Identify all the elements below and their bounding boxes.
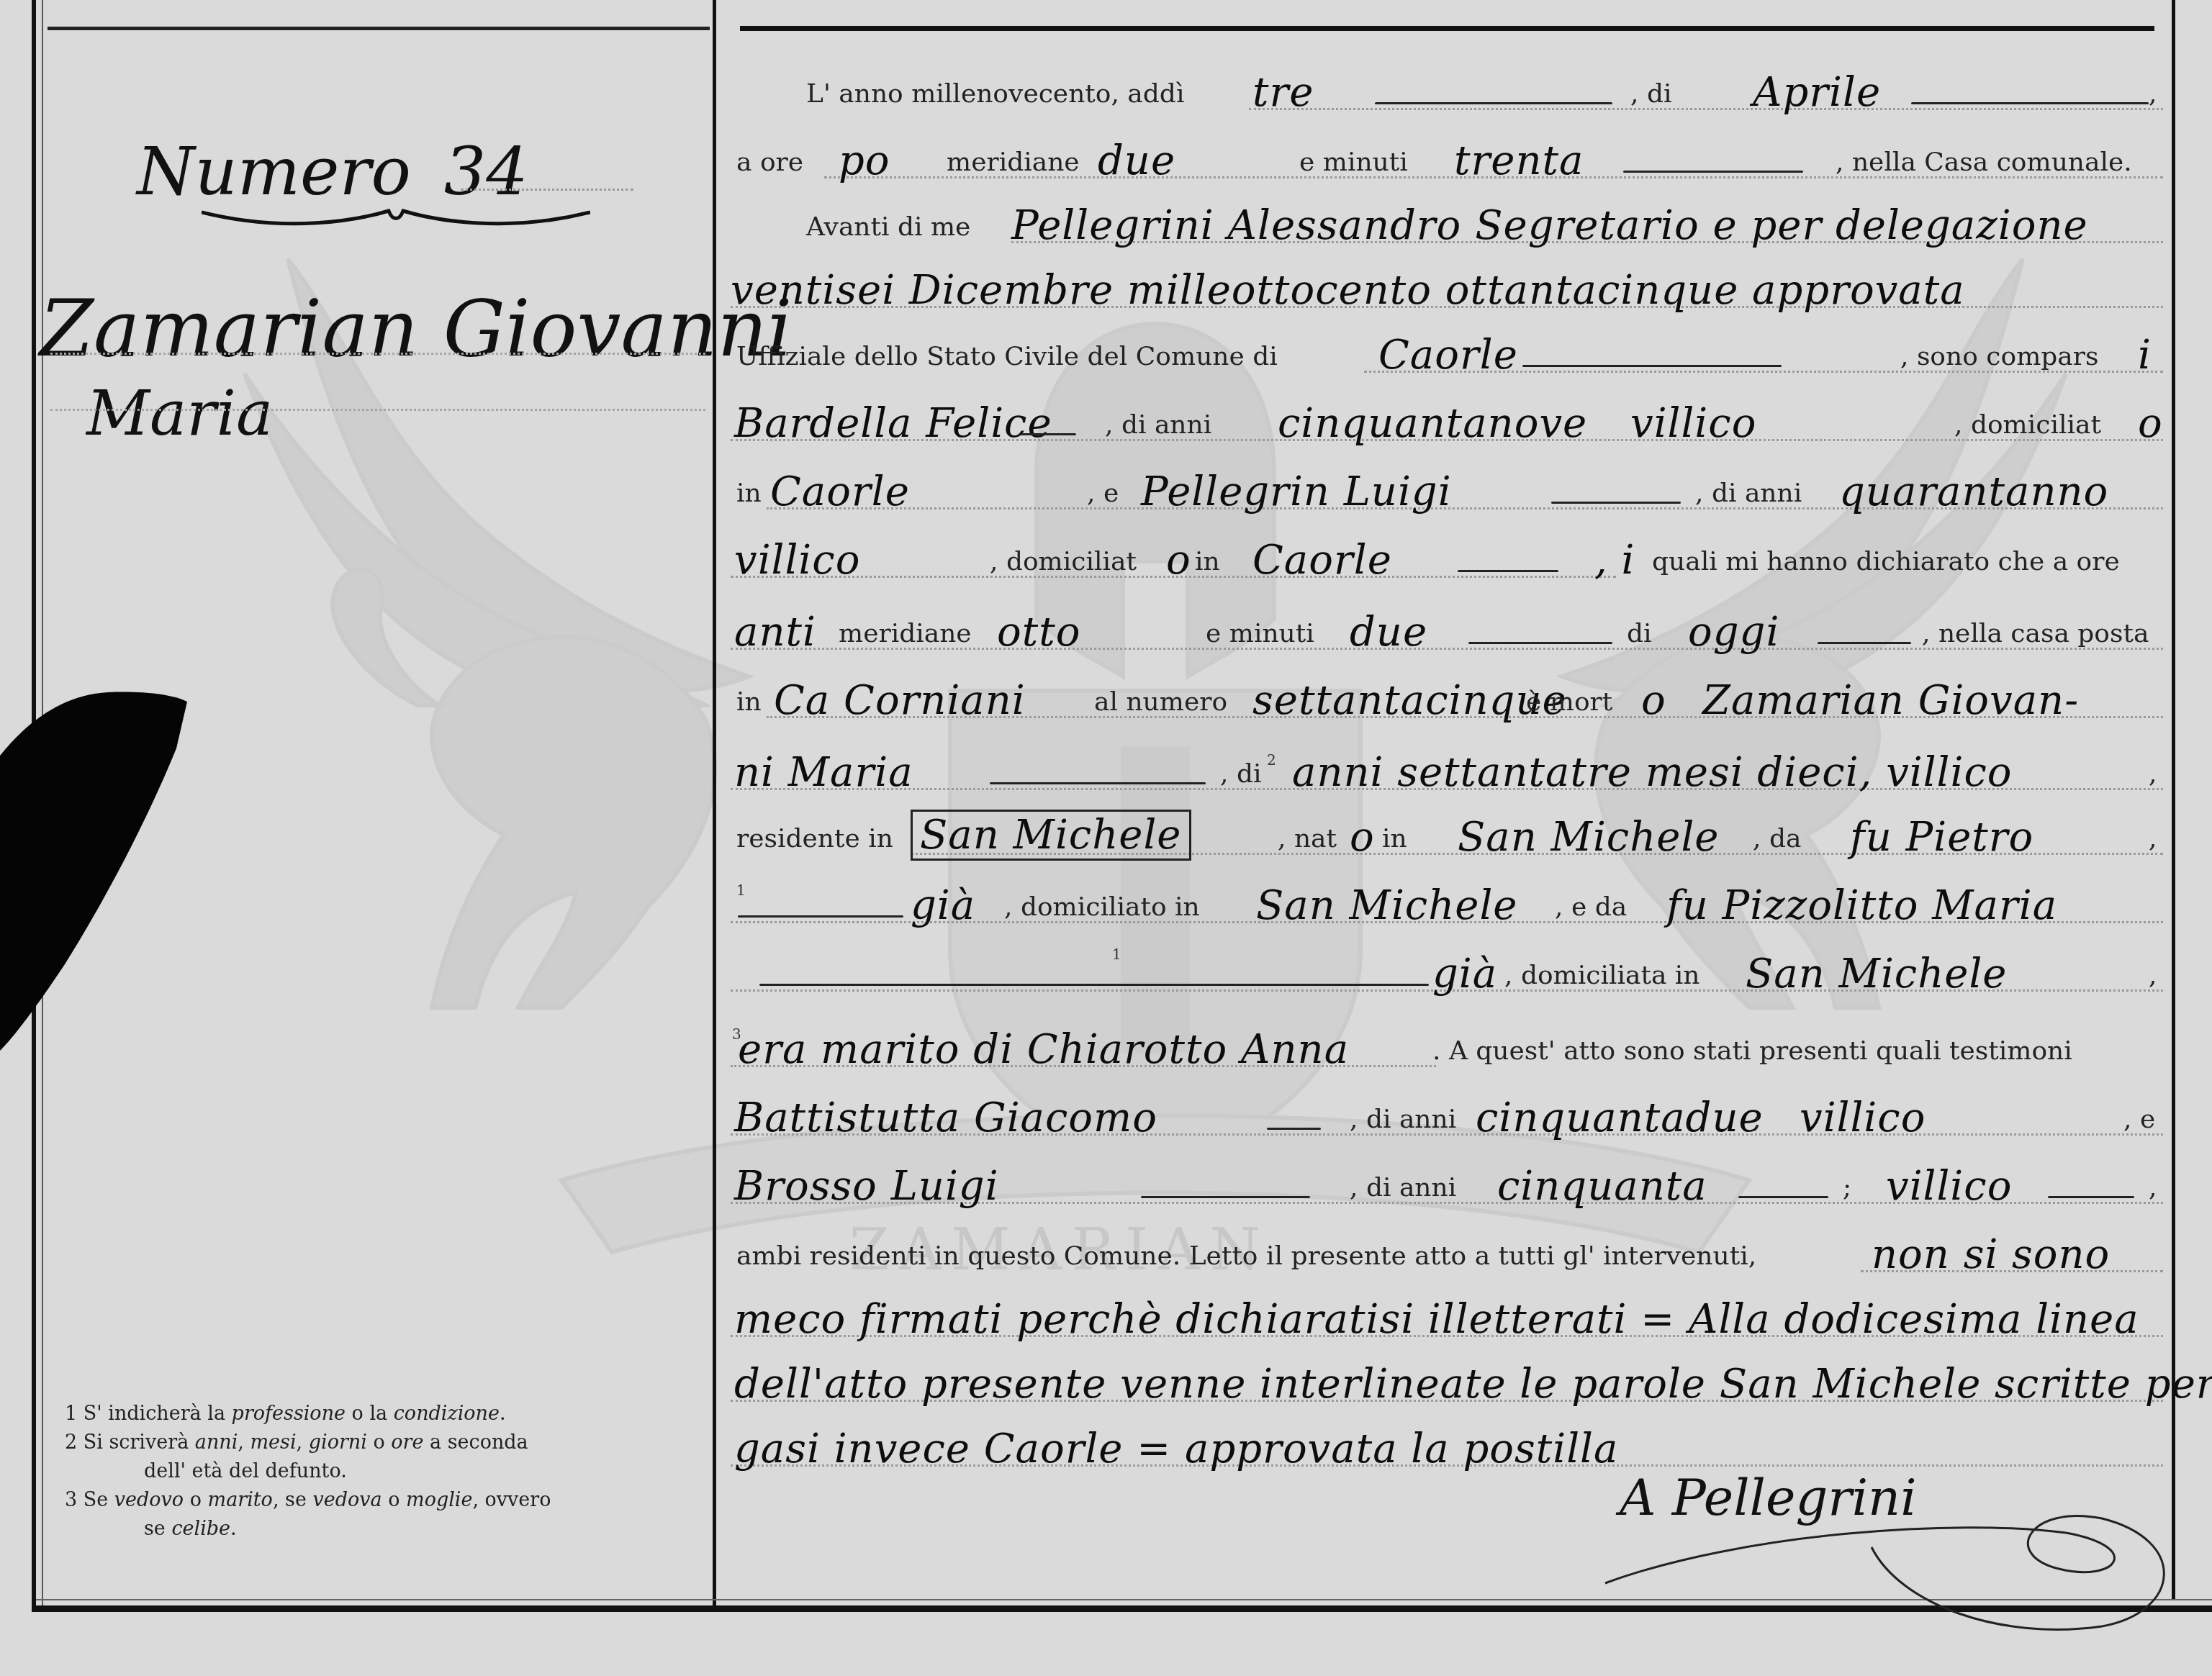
- field-witness1-name: Bardella Felice: [734, 400, 1052, 447]
- field-deceased-name: Zamarian Giovan-: [1702, 677, 2079, 724]
- record-line-testimone1: Battistutta Giacomo , di anni cinquantad…: [731, 1087, 2163, 1151]
- right-border: [2172, 0, 2175, 1599]
- field-witness1-occupation: villico: [1630, 400, 1756, 447]
- field-marital-status: era marito di Chiarotto Anna: [738, 1026, 1349, 1073]
- field-death-ampm: anti: [734, 609, 816, 656]
- field-comune: Caorle: [1378, 332, 1518, 379]
- record-line-reading: ambi residenti in questo Comune. Letto i…: [731, 1223, 2163, 1288]
- field-father-status: già: [911, 882, 975, 929]
- field-annotation-3: gasi invece Caorle = approvata la postil…: [734, 1426, 1618, 1472]
- scanner-shadow-artifact: [0, 691, 187, 1051]
- field-deceased-age-occupation: anni settantatre mesi dieci, villico: [1292, 749, 2013, 796]
- decorative-flourish: [202, 205, 590, 234]
- field-hour: due: [1098, 137, 1175, 184]
- field-annotation-1: meco firmati perchè dichiaratisi illette…: [734, 1296, 2139, 1343]
- deceased-name-margin-cont: Maria: [86, 378, 273, 450]
- field-mother-domicile: San Michele: [1746, 951, 2008, 997]
- field-testimone1-age: cinquantadue: [1476, 1095, 1764, 1141]
- record-line-witness2: in Caorle , e Pellegrin Luigi , di anni …: [731, 461, 2163, 525]
- footnote-1: 1 S' indicherà la professione o la condi…: [65, 1400, 698, 1428]
- record-line-death-place: in Ca Corniani al numero settantacinque …: [731, 669, 2163, 734]
- footnote-2: 2 Si scriverà anni, mesi, giorni o ore a…: [65, 1428, 698, 1486]
- field-death-hour: otto: [997, 609, 1080, 656]
- dotted-line: [50, 409, 705, 411]
- field-testimone1-occupation: villico: [1800, 1095, 1926, 1141]
- record-line-deceased-age: ni Maria , di 2 anni settantatre mesi di…: [731, 741, 2163, 806]
- dotted-line: [50, 353, 705, 355]
- field-witness1-age: cinquantanove: [1278, 400, 1587, 447]
- field-testimone2-name: Brosso Luigi: [734, 1163, 999, 1210]
- field-witness1-domicile: Caorle: [770, 468, 910, 515]
- top-rule-left: [48, 27, 710, 30]
- record-line-annotation-1: meco firmati perchè dichiaratisi illette…: [731, 1288, 2163, 1353]
- field-annotation-2: dell'atto presente venne interlineate le…: [734, 1361, 2212, 1408]
- record-line-father-domicile: 1 già , domiciliato in San Michele , e d…: [731, 874, 2163, 939]
- field-house-number: settantacinque: [1252, 677, 1567, 724]
- record-line-testimone2: Brosso Luigi , di anni cinquanta ; villi…: [731, 1155, 2163, 1220]
- field-delegation: ventisei Dicembre milleottocento ottanta…: [731, 267, 1965, 314]
- field-officer: Pellegrini Alessandro Segretario e per d…: [1011, 202, 2088, 249]
- record-line-residence: residente in San Michele , nat o in San …: [731, 806, 2163, 871]
- field-birthplace: San Michele: [1458, 814, 1720, 861]
- field-father-domicile: San Michele: [1256, 882, 1518, 929]
- signature-flourish: [1598, 1490, 2188, 1634]
- field-mother-status: già: [1432, 951, 1497, 997]
- record-number: Numero34: [137, 133, 528, 210]
- record-line-witness2-details: villico , domiciliat o in Caorle , i qua…: [731, 529, 2163, 594]
- record-line-officer: Avanti di me Pellegrini Alessandro Segre…: [731, 194, 2163, 259]
- record-line-annotation-3: gasi invece Caorle = approvata la postil…: [731, 1418, 2163, 1482]
- field-ampm: po: [839, 137, 890, 184]
- deceased-name-margin: Zamarian Giovanni: [40, 284, 793, 374]
- field-minutes: trenta: [1454, 137, 1584, 184]
- field-month: Aprile: [1753, 69, 1881, 116]
- field-death-day: oggi: [1688, 609, 1779, 656]
- record-number-label: Numero: [137, 133, 411, 210]
- field-witness2-domicile: Caorle: [1252, 537, 1392, 584]
- record-line-date: L' anno millenovecento, addì tre , di Ap…: [731, 61, 2163, 126]
- column-divider: [713, 0, 716, 1611]
- record-line-annotation-2: dell'atto presente venne interlineate le…: [731, 1353, 2163, 1418]
- field-witness2-age: quarantanno: [1839, 468, 2108, 515]
- record-number-dotted-line: [461, 189, 633, 191]
- footnotes: 1 S' indicherà la professione o la condi…: [65, 1400, 698, 1544]
- field-witness2-name: Pellegrin Luigi: [1141, 468, 1452, 515]
- field-deceased-name-cont: ni Maria: [734, 749, 913, 796]
- field-mother: fu Pizzolitto Maria: [1666, 882, 2057, 929]
- document-page: ZAMARIAN Numero34 Zamarian Giovanni Mari…: [0, 0, 2212, 1676]
- field-residence-struck: San Michele: [911, 810, 1191, 861]
- field-day: tre: [1252, 69, 1314, 116]
- top-rule-right: [740, 26, 2154, 31]
- field-death-minutes: due: [1350, 609, 1427, 656]
- record-line-death-time: anti meridiane otto e minuti due di oggi…: [731, 601, 2163, 666]
- field-father: fu Pietro: [1850, 814, 2033, 861]
- field-death-place: Ca Corniani: [774, 677, 1026, 724]
- field-testimone1-name: Battistutta Giacomo: [734, 1095, 1157, 1141]
- record-number-value: 34: [444, 133, 528, 210]
- field-signature-note: non si sono: [1872, 1231, 2110, 1278]
- field-testimone2-occupation: villico: [1886, 1163, 2012, 1210]
- record-line-witness1: Bardella Felice , di anni cinquantanove …: [731, 392, 2163, 457]
- field-witness2-occupation: villico: [734, 537, 860, 584]
- record-line-mother-domicile: 1 già , domiciliata in San Michele ,: [731, 943, 2163, 1007]
- record-line-marital: 3 era marito di Chiarotto Anna . A quest…: [731, 1018, 2163, 1083]
- record-line-time: a ore po meridiane due e minuti trenta ,…: [731, 130, 2163, 194]
- field-testimone2-age: cinquanta: [1497, 1163, 1707, 1210]
- footnote-3: 3 Se vedovo o marito, se vedova o moglie…: [65, 1486, 698, 1544]
- record-line-comune: Uffiziale dello Stato Civile del Comune …: [731, 324, 2163, 389]
- record-line-delegation: ventisei Dicembre milleottocento ottanta…: [731, 259, 2163, 324]
